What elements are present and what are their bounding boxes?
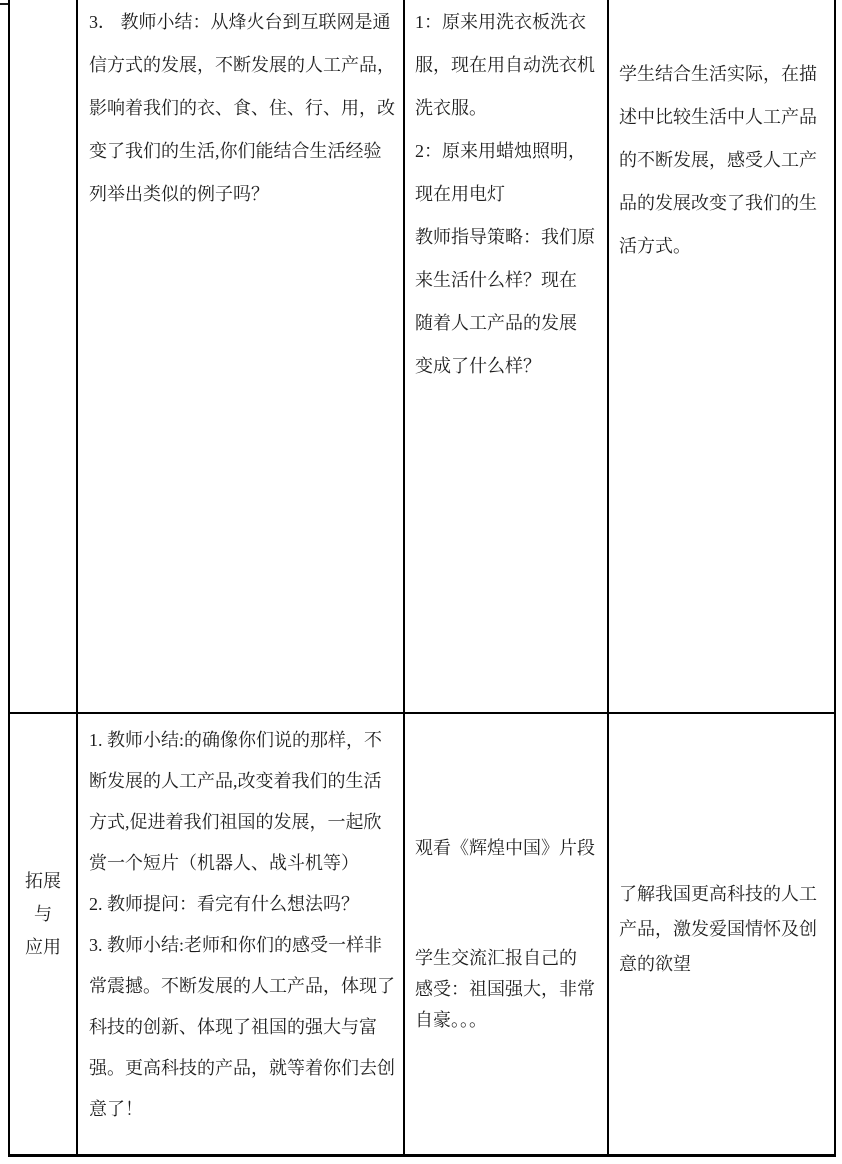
cell-stage-row1 [10, 0, 78, 712]
cell-student-activity-row2: 观看《辉煌中国》片段 学生交流汇报自己的 感受：祖国强大，非常 自豪。。。 [405, 712, 609, 1154]
design-intent-text-row2: 了解我国更高科技的人工 产品，激发爱国情怀及创 意的欲望 [619, 877, 826, 982]
document-page: 3． 教师小结：从烽火台到互联网是通 信方式的发展，不断发展的人工产品， 影响着… [0, 0, 842, 1164]
design-intent-text-row1: 学生结合生活实际，在描 述中比较生活中人工产品 的不断发展，感受人工产 品的发展… [609, 0, 834, 268]
cell-design-intent-row1: 学生结合生活实际，在描 述中比较生活中人工产品 的不断发展，感受人工产 品的发展… [609, 0, 834, 712]
cell-stage-row2: 拓展 与 应用 [10, 712, 78, 1154]
teacher-activity-text-row2: 1. 教师小结:的确像你们说的那样，不 断发展的人工产品,改变着我们的生活 方式… [78, 714, 403, 1130]
cell-teacher-activity-row2: 1. 教师小结:的确像你们说的那样，不 断发展的人工产品,改变着我们的生活 方式… [78, 712, 405, 1154]
cell-design-intent-row2: 了解我国更高科技的人工 产品，激发爱国情怀及创 意的欲望 [609, 712, 834, 1154]
student-activity-watch-clip: 观看《辉煌中国》片段 [415, 833, 605, 863]
lesson-plan-table: 3． 教师小结：从烽火台到互联网是通 信方式的发展，不断发展的人工产品， 影响着… [8, 0, 836, 1157]
teacher-activity-text-row1: 3． 教师小结：从烽火台到互联网是通 信方式的发展，不断发展的人工产品， 影响着… [78, 0, 403, 216]
student-activity-text-row1: 1：原来用洗衣板洗衣 服，现在用自动洗衣机 洗衣服。 2：原来用蜡烛照明， 现在… [405, 0, 607, 388]
cell-teacher-activity-row1: 3． 教师小结：从烽火台到互联网是通 信方式的发展，不断发展的人工产品， 影响着… [78, 0, 405, 712]
stage-label-expand-apply: 拓展 与 应用 [25, 865, 61, 964]
cell-student-activity-row1: 1：原来用洗衣板洗衣 服，现在用自动洗衣机 洗衣服。 2：原来用蜡烛照明， 现在… [405, 0, 609, 712]
student-activity-share-feelings: 学生交流汇报自己的 感受：祖国强大，非常 自豪。。。 [415, 943, 605, 1036]
